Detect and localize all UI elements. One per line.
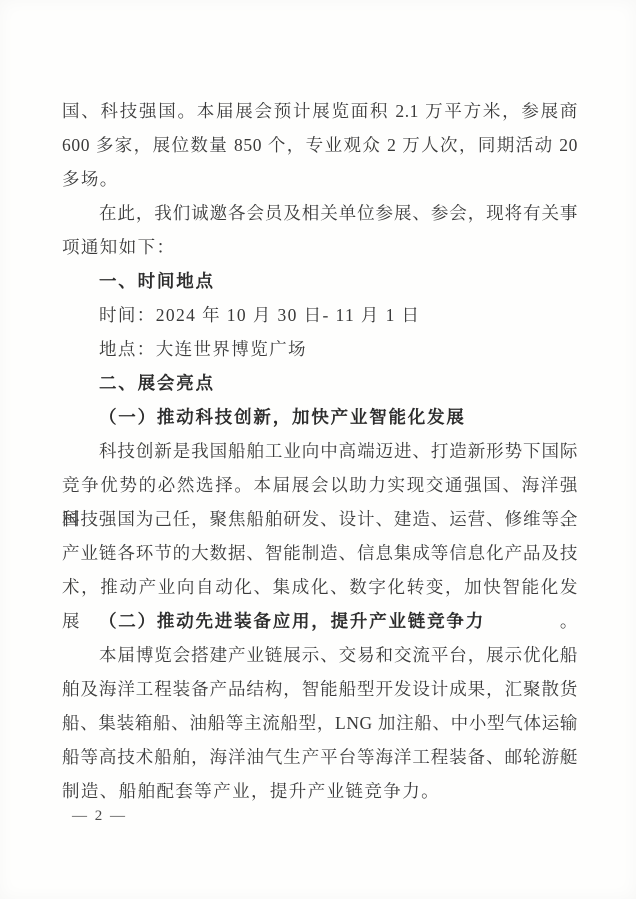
- page-number: — 2 —: [72, 806, 127, 826]
- text-line-time: 时间：2024 年 10 月 30 日- 11 月 1 日: [62, 298, 578, 332]
- scanned-document-page: 国、科技强国。本届展会预计展览面积 2.1 万平方米，参展商 600 多家，展位…: [0, 0, 636, 899]
- text-line: 科技强国为己任，聚焦船舶研发、设计、建造、运营、修维等全: [62, 502, 578, 536]
- text-line: 船等高技术船舶，海洋油气生产平台等海洋工程装备、邮轮游艇: [62, 740, 578, 774]
- text-line: 科技创新是我国船舶工业向中高端迈进、打造新形势下国际: [62, 434, 578, 468]
- text-line: 本届博览会搭建产业链展示、交易和交流平台，展示优化船: [62, 638, 578, 672]
- section-heading-time-place: 一、时间地点: [62, 264, 578, 298]
- section-heading-highlights: 二、展会亮点: [62, 366, 578, 400]
- text-line: 项通知如下：: [62, 230, 578, 264]
- text-line-place: 地点：大连世界博览广场: [62, 332, 578, 366]
- text-line: 国、科技强国。本届展会预计展览面积 2.1 万平方米，参展商: [62, 94, 578, 128]
- subsection-heading-tech-innovation: （一）推动科技创新，加快产业智能化发展: [62, 400, 578, 434]
- text-line: 多场。: [62, 162, 578, 196]
- text-line: 在此，我们诚邀各会员及相关单位参展、参会，现将有关事: [62, 196, 578, 230]
- text-line: 船、集装箱船、油船等主流船型，LNG 加注船、中小型气体运输: [62, 706, 578, 740]
- text-line: 产业链各环节的大数据、智能制造、信息集成等信息化产品及技: [62, 536, 578, 570]
- text-line: 制造、船舶配套等产业，提升产业链竞争力。: [62, 774, 578, 808]
- text-line: 600 多家，展位数量 850 个，专业观众 2 万人次，同期活动 20: [62, 128, 578, 162]
- text-line: 竞争优势的必然选择。本届展会以助力实现交通强国、海洋强国、: [62, 468, 578, 502]
- document-body: 国、科技强国。本届展会预计展览面积 2.1 万平方米，参展商 600 多家，展位…: [62, 94, 578, 808]
- text-line: 术，推动产业向自动化、集成化、数字化转变，加快智能化发展。: [62, 570, 578, 604]
- text-line: 舶及海洋工程装备产品结构，智能船型开发设计成果，汇聚散货: [62, 672, 578, 706]
